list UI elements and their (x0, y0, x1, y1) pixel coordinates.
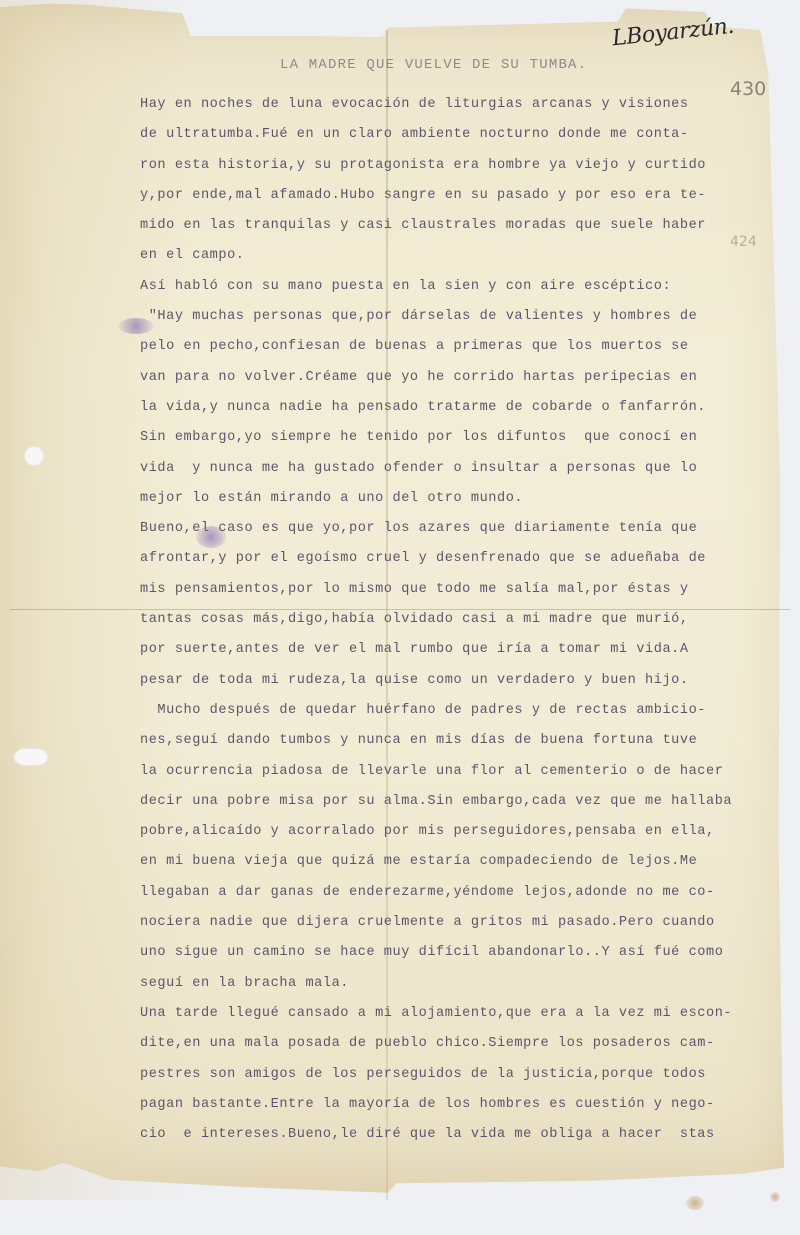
text-line: en mi buena vieja que quizá me estaría c… (140, 847, 790, 877)
punch-hole (24, 446, 44, 466)
text-line: tantas cosas más,digo,había olvidado cas… (140, 605, 790, 635)
paper-stain (686, 1196, 704, 1210)
text-line: mejor lo están mirando a uno del otro mu… (140, 484, 790, 514)
text-line: Mucho después de quedar huérfano de padr… (140, 696, 790, 726)
text-line: afrontar,y por el egoísmo cruel y desenf… (140, 544, 790, 574)
text-line: la vida,y nunca nadie ha pensado tratarm… (140, 393, 790, 423)
text-line: por suerte,antes de ver el mal rumbo que… (140, 635, 790, 665)
text-line: pesar de toda mi rudeza,la quise como un… (140, 666, 790, 696)
text-line: pobre,alicaído y acorralado por mis pers… (140, 817, 790, 847)
paper-stain (770, 1192, 780, 1202)
text-line: Una tarde llegué cansado a mi alojamient… (140, 999, 790, 1029)
text-line: seguí en la bracha mala. (140, 969, 790, 999)
typewritten-body: Hay en noches de luna evocación de litur… (140, 90, 790, 1150)
text-line: uno sigue un camino se hace muy difícil … (140, 938, 790, 968)
text-line: y,por ende,mal afamado.Hubo sangre en su… (140, 181, 790, 211)
text-line: ron esta historia,y su protagonista era … (140, 151, 790, 181)
text-line: Hay en noches de luna evocación de litur… (140, 90, 790, 120)
text-line: mis pensamientos,por lo mismo que todo m… (140, 575, 790, 605)
text-line: vida y nunca me ha gustado ofender o ins… (140, 454, 790, 484)
text-line: nociera nadie que dijera cruelmente a gr… (140, 908, 790, 938)
text-line: en el campo. (140, 241, 790, 271)
text-line: la ocurrencia piadosa de llevarle una fl… (140, 757, 790, 787)
text-line: cio e intereses.Bueno,le diré que la vid… (140, 1120, 790, 1150)
text-line: pelo en pecho,confiesan de buenas a prim… (140, 332, 790, 362)
torn-edge-notch (190, 0, 385, 36)
text-line: dite,en una mala posada de pueblo chico.… (140, 1029, 790, 1059)
text-line: Así habló con su mano puesta en la sien … (140, 272, 790, 302)
text-line: Sin embargo,yo siempre he tenido por los… (140, 423, 790, 453)
text-line: de ultratumba.Fué en un claro ambiente n… (140, 120, 790, 150)
text-line: llegaban a dar ganas de enderezarme,yénd… (140, 878, 790, 908)
text-line: van para no volver.Créame que yo he corr… (140, 363, 790, 393)
text-line: pestres son amigos de los perseguidos de… (140, 1060, 790, 1090)
text-line: mido en las tranquilas y casi claustrale… (140, 211, 790, 241)
text-line: decir una pobre misa por su alma.Sin emb… (140, 787, 790, 817)
text-line: Bueno,el caso es que yo,por los azares q… (140, 514, 790, 544)
punch-hole (14, 748, 48, 766)
text-line: nes,seguí dando tumbos y nunca en mis dí… (140, 726, 790, 756)
text-line: "Hay muchas personas que,por dárselas de… (140, 302, 790, 332)
text-line: pagan bastante.Entre la mayoría de los h… (140, 1090, 790, 1120)
document-title: LA MADRE QUE VUELVE DE SU TUMBA. (280, 57, 587, 73)
